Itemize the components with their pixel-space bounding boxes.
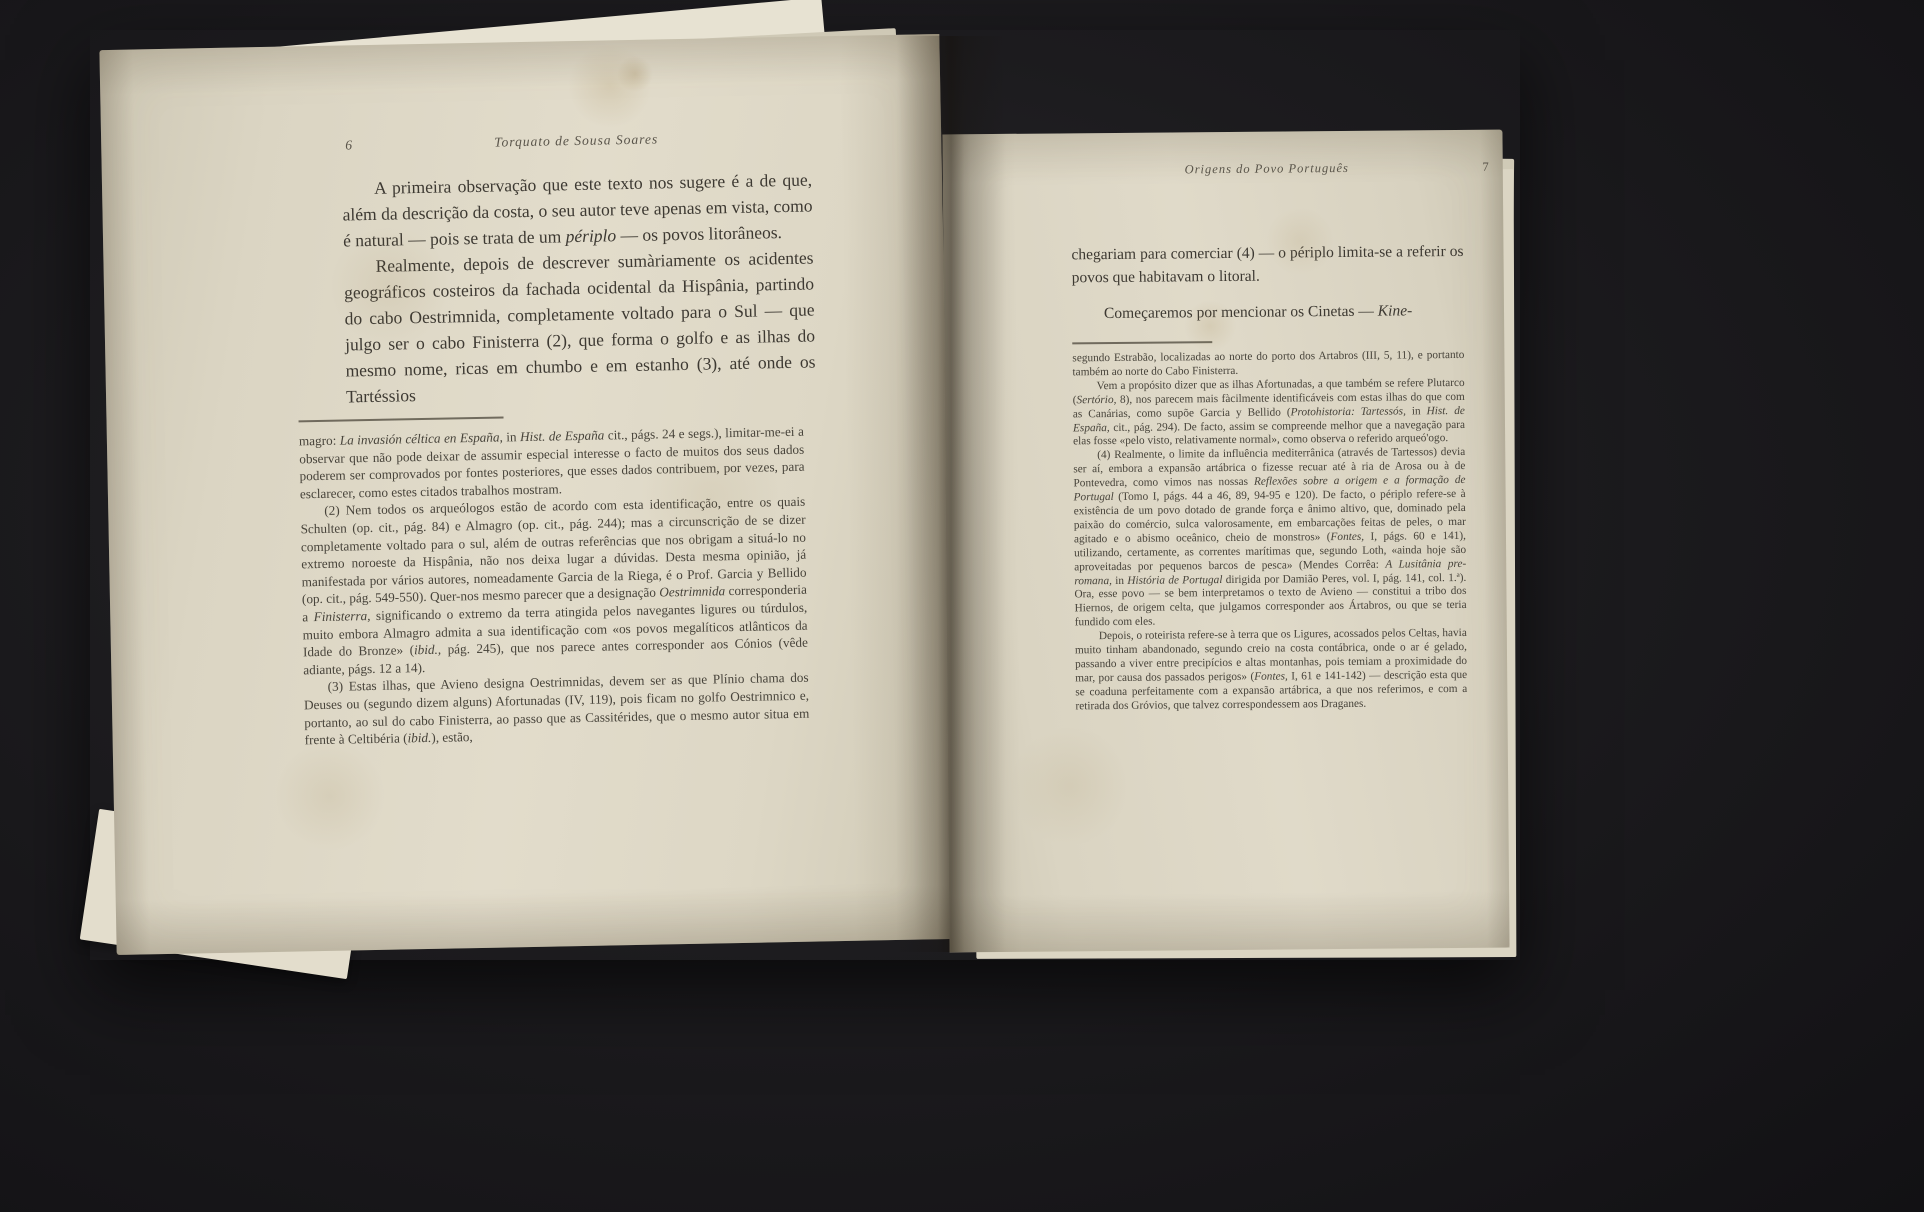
footnote-paragraph: Vem a propósito dizer que as ilhas Afort… (1073, 377, 1466, 450)
body-paragraph: Realmente, depois de descrever sumàriame… (343, 244, 816, 409)
footnote-3: (3) Estas ilhas, que Avieno designa Oest… (303, 669, 809, 749)
footnote-continuation: segundo Estrabão, localizadas ao norte d… (1072, 349, 1464, 380)
left-page: 6 Torquato de Sousa Soares A primeira ob… (99, 34, 956, 955)
body-paragraph: chegariam para comerciar (4) — o périplo… (1071, 240, 1463, 289)
right-running-title: Origens do Povo Português (1071, 160, 1463, 178)
left-footnote-block: magro: La invasión céltica en España, in… (299, 411, 810, 749)
footnote-rule (1072, 341, 1212, 344)
body-paragraph: A primeira observação que este texto nos… (342, 166, 813, 253)
footnote-4: (4) Realmente, o limite da influência me… (1073, 446, 1467, 630)
photo-background: 6 Torquato de Sousa Soares A primeira ob… (0, 0, 1924, 1212)
left-page-content: 6 Torquato de Sousa Soares A primeira ob… (341, 128, 823, 748)
right-page-content: Origens do Povo Português 7 chegariam pa… (1071, 160, 1468, 714)
left-page-number: 6 (345, 137, 352, 153)
right-page: Origens do Povo Português 7 chegariam pa… (942, 130, 1509, 953)
footnote-rule (299, 416, 504, 422)
left-running-head: 6 Torquato de Sousa Soares (341, 128, 811, 155)
footnote-paragraph: Depois, o roteirista refere-se à terra q… (1075, 627, 1468, 714)
right-running-head: Origens do Povo Português 7 (1071, 160, 1463, 181)
footnote-2: (2) Nem todos os arqueólogos estão de ac… (300, 493, 808, 679)
right-page-number: 7 (1482, 160, 1488, 175)
footnote-continuation: magro: La invasión céltica en España, in… (299, 423, 805, 503)
body-paragraph: Começaremos por mencionar os Cinetas — K… (1072, 299, 1464, 325)
right-footnote-block: segundo Estrabão, localizadas ao norte d… (1072, 339, 1467, 714)
left-running-title: Torquato de Sousa Soares (341, 128, 811, 153)
